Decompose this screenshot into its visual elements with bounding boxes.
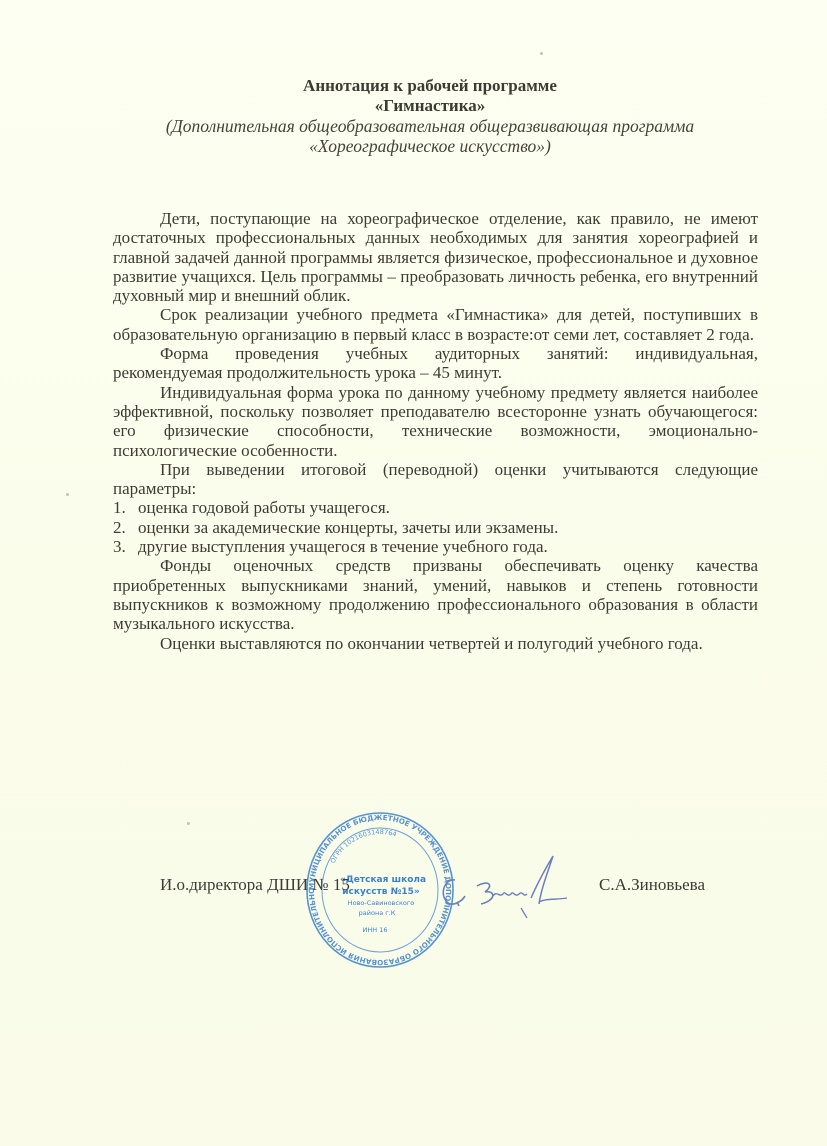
list-item-text: другие выступления учащегося в течение у… bbox=[138, 537, 548, 556]
paragraph-individual-form: Индивидуальная форма урока по данному уч… bbox=[113, 383, 758, 460]
list-item-number: 3. bbox=[113, 537, 138, 556]
signature-block: И.о.директора ДШИ № 15 С.А.Зиновьева bbox=[160, 875, 760, 899]
paragraph-lesson-form: Форма проведения учебных аудиторных заня… bbox=[113, 344, 758, 383]
stamp-center-line4: района г.К bbox=[359, 909, 396, 917]
document-title-line2: «Гимнастика» bbox=[100, 96, 760, 116]
document-title-line1: Аннотация к рабочей программе bbox=[100, 76, 760, 96]
document-body: Дети, поступающие на хореографическое от… bbox=[113, 209, 758, 653]
document-header: Аннотация к рабочей программе «Гимнастик… bbox=[100, 76, 760, 156]
paragraph-grading-schedule: Оценки выставляются по окончании четверт… bbox=[113, 634, 758, 653]
list-item-number: 1. bbox=[113, 498, 138, 517]
scan-speck bbox=[187, 822, 190, 825]
signatory-position: И.о.директора ДШИ № 15 bbox=[160, 875, 350, 895]
stamp-inn: ИНН 16 bbox=[363, 926, 388, 934]
stamp-center-line3: Ново-Савиновского bbox=[348, 899, 415, 907]
list-item: 3. другие выступления учащегося в течени… bbox=[113, 537, 758, 556]
list-item-number: 2. bbox=[113, 518, 138, 537]
assessment-parameters-list: 1. оценка годовой работы учащегося. 2. о… bbox=[113, 498, 758, 556]
document-page: Аннотация к рабочей программе «Гимнастик… bbox=[0, 0, 827, 1146]
list-item-text: оценки за академические концерты, зачеты… bbox=[138, 518, 558, 537]
signatory-name: С.А.Зиновьева bbox=[599, 875, 705, 895]
document-subtitle-line1: (Дополнительная общеобразовательная обще… bbox=[100, 116, 760, 136]
paragraph-assessment-intro: При выведении итоговой (переводной) оцен… bbox=[113, 460, 758, 499]
paragraph-goal: Дети, поступающие на хореографическое от… bbox=[113, 209, 758, 305]
list-item: 2. оценки за академические концерты, зач… bbox=[113, 518, 758, 537]
document-subtitle-line2: «Хореографическое искусство») bbox=[100, 136, 760, 156]
list-item-text: оценка годовой работы учащегося. bbox=[138, 498, 390, 517]
list-item: 1. оценка годовой работы учащегося. bbox=[113, 498, 758, 517]
paragraph-evaluation-funds: Фонды оценочных средств призваны обеспеч… bbox=[113, 556, 758, 633]
scan-speck bbox=[66, 493, 69, 496]
paragraph-duration: Срок реализации учебного предмета «Гимна… bbox=[113, 305, 758, 344]
scan-speck bbox=[540, 52, 543, 55]
